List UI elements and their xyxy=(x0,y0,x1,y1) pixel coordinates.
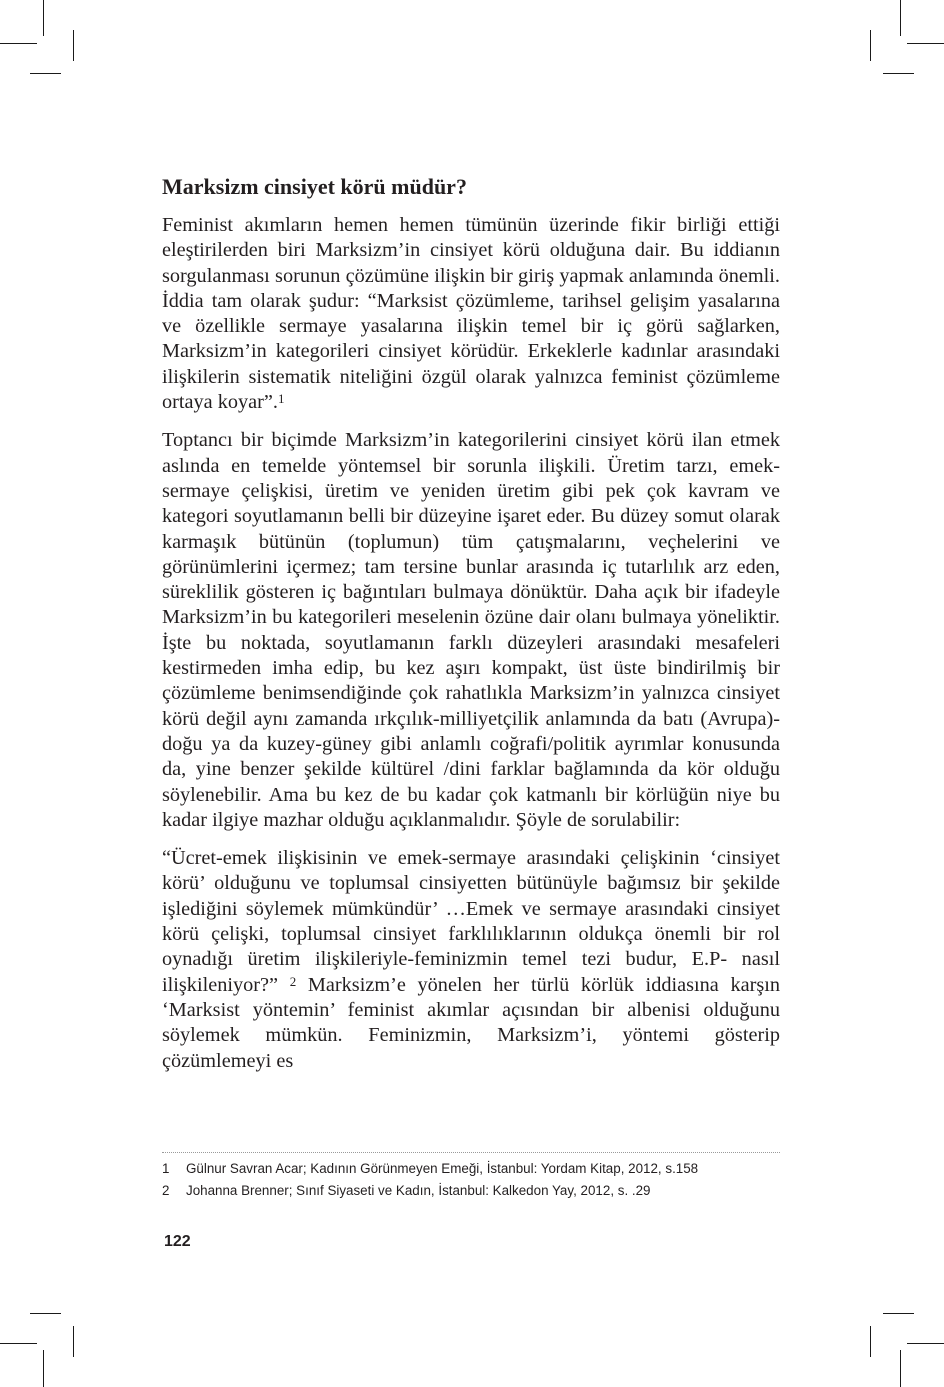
crop-mark xyxy=(883,1313,914,1314)
crop-mark xyxy=(870,1326,871,1357)
crop-mark xyxy=(907,43,944,44)
footnotes: 1Gülnur Savran Acar; Kadının Görünmeyen … xyxy=(162,1158,780,1202)
crop-mark xyxy=(870,30,871,61)
crop-mark xyxy=(43,1350,44,1387)
footnote-text: Gülnur Savran Acar; Kadının Görünmeyen E… xyxy=(186,1161,698,1176)
crop-mark xyxy=(0,1343,37,1344)
footnote-separator xyxy=(162,1152,780,1153)
footnote-1: 1Gülnur Savran Acar; Kadının Görünmeyen … xyxy=(162,1158,780,1180)
crop-mark xyxy=(73,1326,74,1357)
crop-mark xyxy=(900,0,901,36)
paragraph-2: Toptancı bir biçimde Marksizm’in kategor… xyxy=(162,428,780,833)
crop-mark xyxy=(0,43,37,44)
footnote-text: Johanna Brenner; Sınıf Siyaseti ve Kadın… xyxy=(186,1183,651,1198)
paragraph-3: “Ücret-emek ilişkisinin ve emek-sermaye … xyxy=(162,846,780,1074)
crop-mark xyxy=(30,1313,61,1314)
footnote-ref-1[interactable]: 1 xyxy=(278,391,285,406)
footnote-2: 2Johanna Brenner; Sınıf Siyaseti ve Kadı… xyxy=(162,1180,780,1202)
paragraph-1: Feminist akımların hemen hemen tümünün ü… xyxy=(162,213,780,415)
crop-mark xyxy=(883,73,914,74)
page-number: 122 xyxy=(164,1233,191,1251)
paragraph-1-text: Feminist akımların hemen hemen tümünün ü… xyxy=(162,214,780,413)
footnote-number: 2 xyxy=(162,1180,186,1202)
crop-mark xyxy=(900,1350,901,1387)
footnote-number: 1 xyxy=(162,1158,186,1180)
section-heading: Marksizm cinsiyet körü müdür? xyxy=(162,172,780,202)
crop-mark xyxy=(73,30,74,61)
crop-mark xyxy=(30,73,61,74)
crop-mark xyxy=(43,0,44,36)
crop-mark xyxy=(907,1343,944,1344)
page-body: Marksizm cinsiyet körü müdür? Feminist a… xyxy=(162,172,780,1087)
